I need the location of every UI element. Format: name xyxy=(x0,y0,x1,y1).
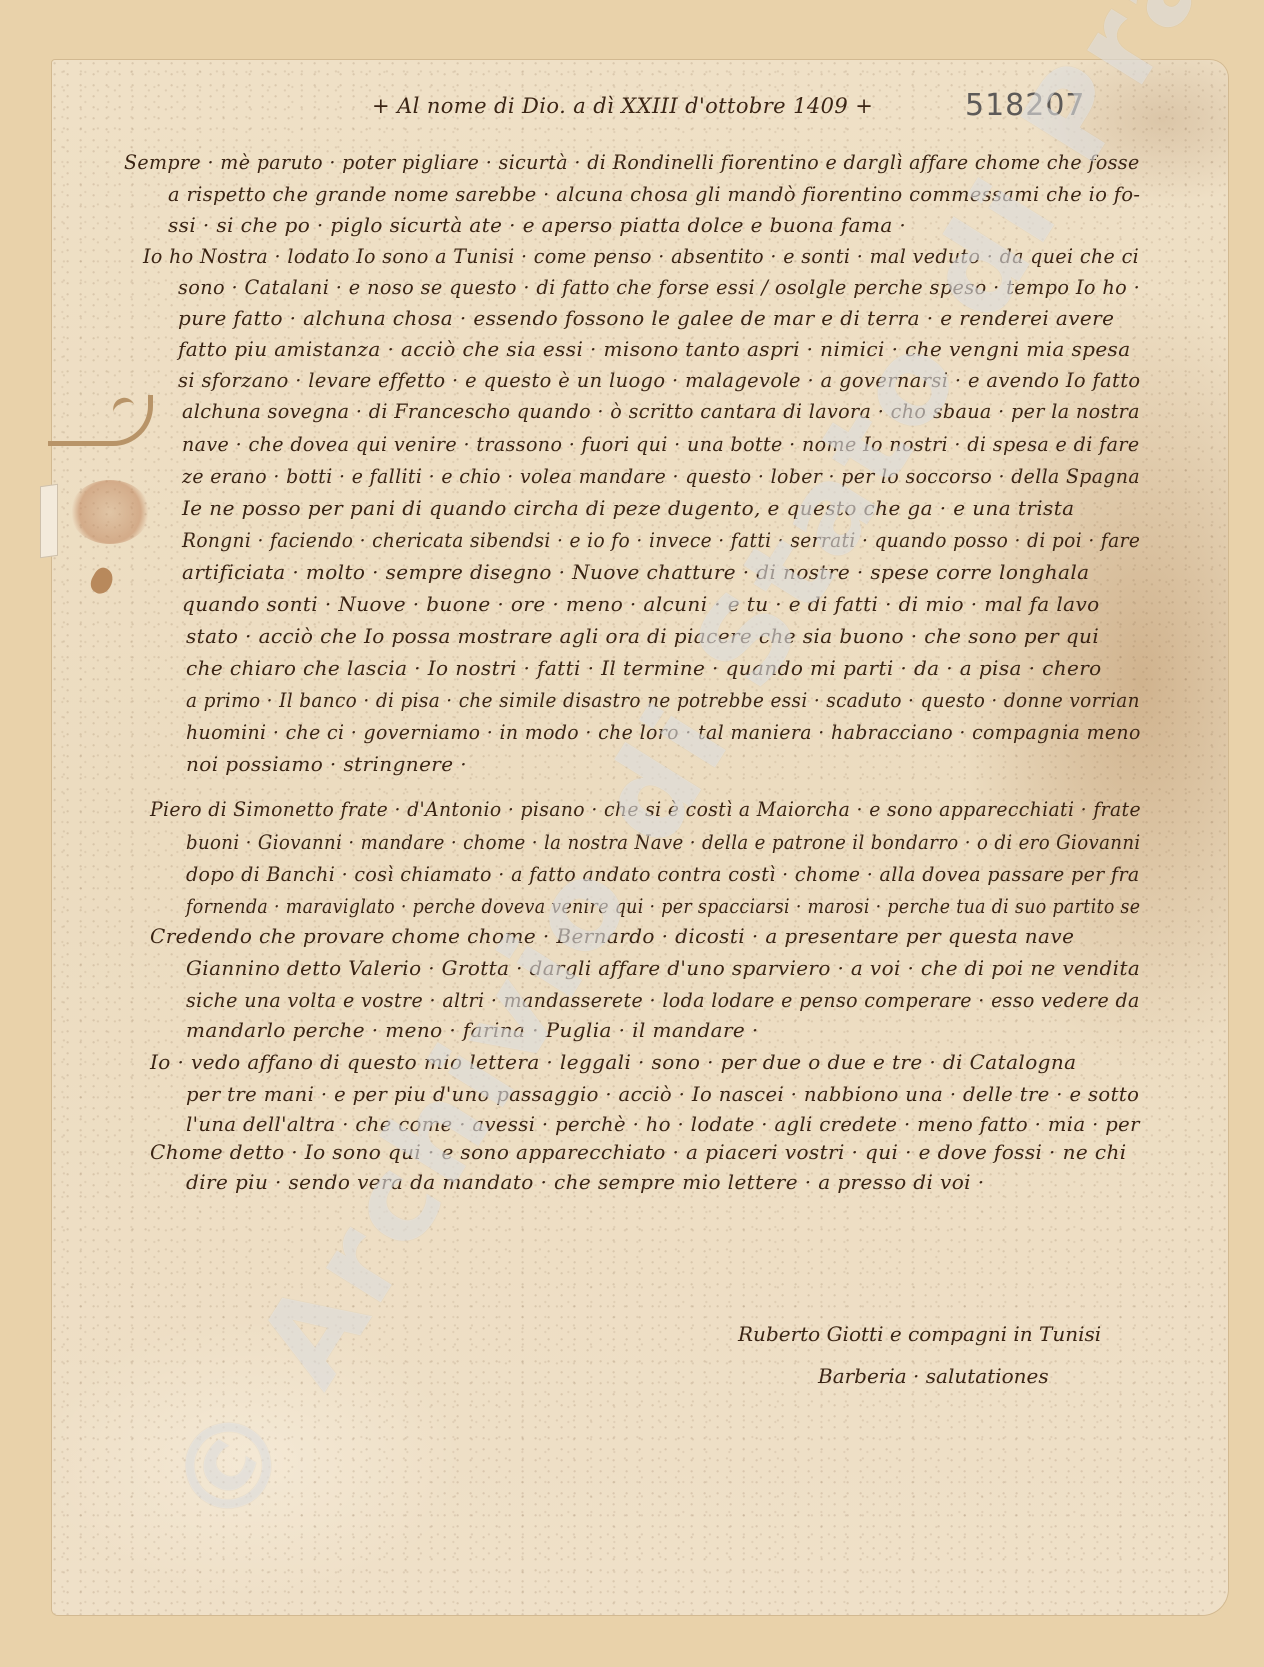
paper-flap xyxy=(40,484,58,559)
text-line: quando sonti · Nuove · buone · ore · men… xyxy=(182,592,1100,616)
text-line: huomini · che ci · governiamo · in modo … xyxy=(186,720,1141,744)
signature-line-1: Ruberto Giotti e compagni in Tunisi xyxy=(738,1322,1101,1346)
text-line: mandarlo perche · meno · farina · Puglia… xyxy=(186,1018,759,1042)
text-line: noi possiamo · stringnere · xyxy=(186,752,467,776)
text-line: Credendo che provare chome chome · Berna… xyxy=(150,924,1074,948)
text-line: alchuna sovegna · di Francescho quando ·… xyxy=(182,399,1140,423)
text-line: Piero di Simonetto frate · d'Antonio · p… xyxy=(150,797,1141,821)
text-line: dopo di Banchi · così chiamato · a fatto… xyxy=(186,862,1140,886)
text-line: per tre mani · e per piu d'uno passaggio… xyxy=(186,1082,1139,1106)
signature-line-2: Barberia · salutationes xyxy=(818,1364,1049,1388)
text-line: si sforzano · levare effetto · e questo … xyxy=(178,368,1140,392)
wax-seal-stain xyxy=(70,480,150,544)
text-line: ze erano · botti · e falliti · e chio · … xyxy=(182,464,1140,488)
text-line: a primo · Il banco · di pisa · che simil… xyxy=(186,688,1140,712)
text-line: Rongni · faciendo · chericata sibendsi ·… xyxy=(182,528,1140,552)
text-line: l'una dell'altra · che come · avessi · p… xyxy=(186,1112,1140,1136)
archive-number: 518207 xyxy=(965,88,1086,123)
letter-header: + Al nome di Dio. a dì XXIII d'ottobre 1… xyxy=(372,94,873,118)
text-line: buoni · Giovanni · mandare · chome · la … xyxy=(186,830,1141,854)
text-line: artificiata · molto · sempre disegno · N… xyxy=(182,560,1090,584)
text-line: che chiaro che lascia · Io nostri · fatt… xyxy=(186,656,1102,680)
text-line: Io · vedo affano di questo mio lettera ·… xyxy=(150,1050,1076,1074)
text-line: Sempre · mè paruto · poter pigliare · si… xyxy=(124,150,1140,174)
text-line: sono · Catalani · e noso se questo · di … xyxy=(178,275,1140,299)
text-line: Giannino detto Valerio · Grotta · dargli… xyxy=(186,956,1140,980)
text-line: pure fatto · alchuna chosa · essendo fos… xyxy=(178,306,1114,330)
text-line: Chome detto · Io sono qui · e sono appar… xyxy=(150,1140,1127,1164)
text-line: ssi · si che po · piglo sicurtà ate · e … xyxy=(168,213,906,237)
text-line: nave · che dovea qui venire · trassono ·… xyxy=(182,432,1139,456)
text-line: siche una volta e vostre · altri · manda… xyxy=(186,988,1140,1012)
text-line: fatto piu amistanza · acciò che sia essi… xyxy=(178,337,1131,361)
text-line: stato · acciò che Io possa mostrare agli… xyxy=(186,624,1099,648)
text-line: fornenda · maraviglato · perche doveva v… xyxy=(186,894,1140,918)
text-line: Io ho Nostra · lodato Io sono a Tunisi ·… xyxy=(143,244,1139,268)
text-line: a rispetto che grande nome sarebbe · alc… xyxy=(168,182,1140,206)
text-line: Ie ne posso per pani di quando circha di… xyxy=(182,496,1075,520)
text-line: dire piu · sendo vera da mandato · che s… xyxy=(186,1170,984,1194)
